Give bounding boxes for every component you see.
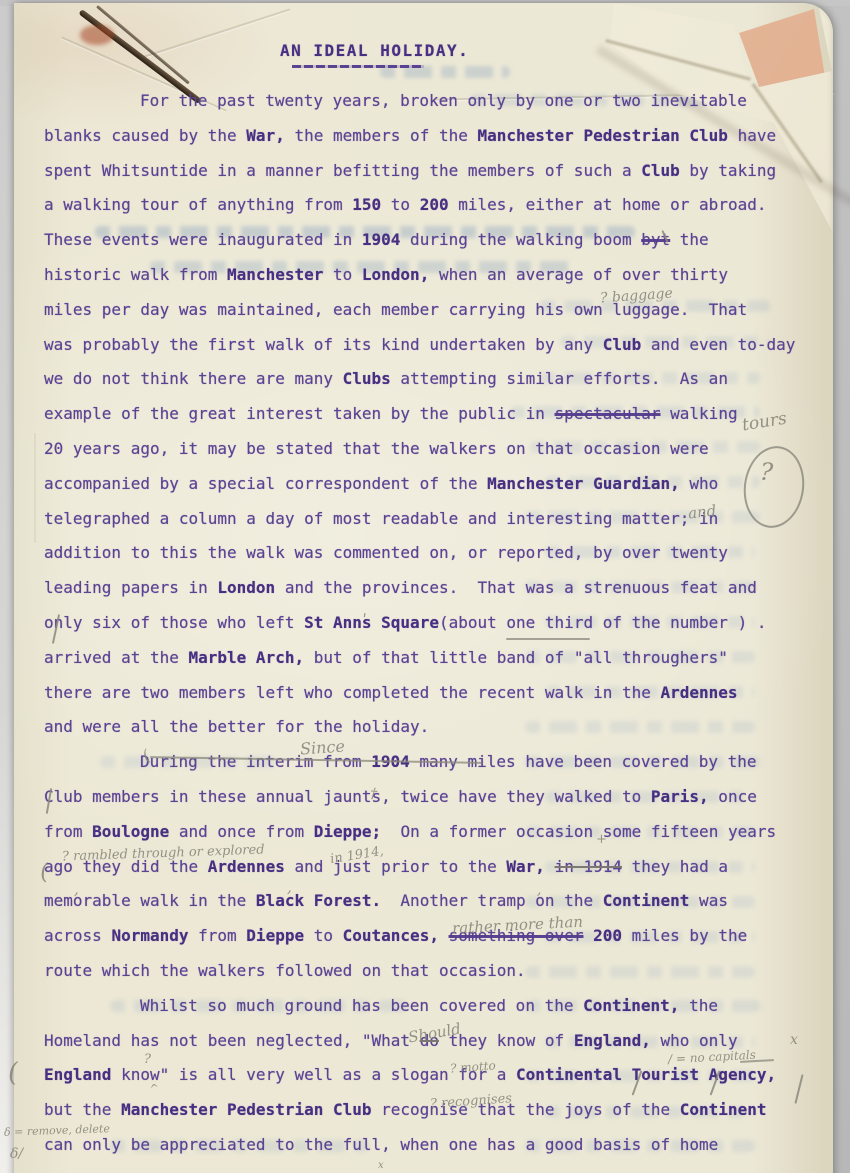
typed-segment: Manchester Pedestrian Club (477, 126, 727, 145)
typed-segment: These events were inaugurated in (44, 230, 362, 249)
typed-line: spent Whitsuntide in a manner befitting … (44, 154, 824, 189)
typed-segment: we do not think there are many (44, 369, 343, 388)
typed-segment: once (709, 787, 757, 806)
typed-line: can only be appreciated to the full, whe… (44, 1128, 824, 1163)
typed-line: from Boulogne and once from Dieppe; On a… (44, 815, 824, 850)
typed-segment: On a former occasion some fifteen years (381, 822, 776, 841)
typed-segment: Manchester Guardian, (487, 474, 680, 493)
typed-segment: during the walking boom (400, 230, 641, 249)
typed-segment: St Anns Square (304, 613, 439, 632)
typed-line: accompanied by a special correspondent o… (44, 467, 824, 502)
typed-segment: from (189, 926, 247, 945)
typed-segment: arrived at the (44, 648, 189, 667)
pencil-note: δ/ (10, 1146, 23, 1162)
typed-line: a walking tour of anything from 150 to 2… (44, 188, 824, 223)
typed-segment: Ardennes (661, 683, 738, 702)
typed-segment: telegraphed a column a day of most reada… (44, 509, 718, 528)
typed-segment: Continental Tourist Agency, (516, 1065, 776, 1084)
typed-segment: historic walk from (44, 265, 227, 284)
typed-segment: but of that little band of "all throughe… (304, 648, 728, 667)
typed-line: across Normandy from Dieppe to Coutances… (44, 919, 824, 954)
pencil-note: ^ (149, 1081, 160, 1095)
typed-segment: (about one third of the number ) . (439, 613, 767, 632)
typed-line: For the past twenty years, broken only b… (44, 84, 824, 119)
typed-segment-struck: in 1914 (555, 857, 622, 876)
typed-segment: spent Whitsuntide in a manner befitting … (44, 161, 641, 180)
typed-line: memorable walk in the Black Forest. Anot… (44, 884, 824, 919)
document-title: AN IDEAL HOLIDAY. (280, 40, 824, 62)
document-scan: AN IDEAL HOLIDAY. For the past twenty ye… (0, 0, 850, 1173)
typed-line: These events were inaugurated in 1904 du… (44, 223, 824, 258)
title-underline (292, 65, 424, 68)
paper-sheet: AN IDEAL HOLIDAY. For the past twenty ye… (14, 3, 833, 1173)
typed-segment-struck: spectacular (555, 404, 661, 423)
typed-segment: from (44, 822, 92, 841)
pencil-note: + (596, 832, 607, 847)
typed-line: miles per day was maintained, each membe… (44, 293, 824, 328)
typed-segment (439, 926, 449, 945)
typed-segment: Ardennes (208, 857, 285, 876)
typed-line: addition to this the walk was commented … (44, 536, 824, 571)
typed-line: historic walk from Manchester to London,… (44, 258, 824, 293)
typed-segment: blanks caused by the (44, 126, 246, 145)
typed-segment: 200 (420, 195, 449, 214)
typed-segment: Manchester (227, 265, 323, 284)
typed-segment: and once from (169, 822, 314, 841)
typed-segment: 20 years ago, it may be stated that the … (44, 439, 709, 458)
typed-segment (545, 857, 555, 876)
typed-line: route which the walkers followed on that… (44, 954, 824, 989)
crease-line (34, 433, 36, 543)
typed-segment: miles, either at home or abroad. (449, 195, 767, 214)
typed-segment: but the (44, 1100, 121, 1119)
typed-segment: War, (506, 857, 545, 876)
typed-segment: Manchester Pedestrian Club (121, 1100, 371, 1119)
typed-segment: Club (603, 335, 642, 354)
typed-segment: Boulogne (92, 822, 169, 841)
typed-segment: example of the great interest taken by t… (44, 404, 555, 423)
typed-segment: the (670, 230, 709, 249)
typed-segment: recognise that the joys of the (372, 1100, 680, 1119)
pencil-note: x (790, 1032, 798, 1048)
typed-segment: by taking (680, 161, 776, 180)
pencil-note: ? (144, 1052, 151, 1067)
typed-segment: Normandy (111, 926, 188, 945)
typed-line: was probably the first walk of its kind … (44, 328, 824, 363)
pencil-note: x (378, 1160, 384, 1171)
typed-segment: 1904 (362, 230, 401, 249)
pencil-note: ( (39, 860, 50, 886)
typed-segment: Marble Arch, (189, 648, 305, 667)
typed-segment: London, (362, 265, 429, 284)
typed-segment: Paris, (651, 787, 709, 806)
typed-segment: can only be appreciated to the full, whe… (44, 1135, 718, 1154)
typed-line: and were all the better for the holiday. (44, 710, 824, 745)
typed-segment: Club members in these annual jaunts, twi… (44, 787, 651, 806)
typed-segment: Dieppe (246, 926, 304, 945)
typed-segment: attempting similar efforts. As an (391, 369, 728, 388)
typed-segment: across (44, 926, 111, 945)
typed-segment: miles by the (622, 926, 747, 945)
typed-segment: Continent, (583, 996, 679, 1015)
pencil-stroke (506, 638, 590, 640)
typed-segment: the (679, 996, 718, 1015)
typed-segment: England (44, 1065, 111, 1084)
typed-segment: and just prior to the (285, 857, 507, 876)
typed-segment: For the past twenty years, broken only b… (140, 91, 747, 110)
typed-segment: have (728, 126, 776, 145)
typed-segment: 150 (352, 195, 381, 214)
typed-segment: Clubs (343, 369, 391, 388)
typed-segment: and were all the better for the holiday. (44, 717, 429, 736)
typed-segment: only six of those who left (44, 613, 304, 632)
typed-segment: to (304, 926, 343, 945)
typed-segment: who (680, 474, 719, 493)
typed-segment (583, 926, 593, 945)
typed-segment: leading papers in (44, 578, 217, 597)
typed-lines: For the past twenty years, broken only b… (44, 84, 824, 1163)
typed-segment: accompanied by a special correspondent o… (44, 474, 487, 493)
pencil-note: ( (7, 1058, 19, 1088)
typed-segment: and even to-day (641, 335, 795, 354)
pencil-note: † (369, 786, 377, 803)
pencil-note: , (74, 880, 79, 898)
pencil-note: and (687, 502, 717, 523)
typed-line: arrived at the Marble Arch, but of that … (44, 641, 824, 676)
typed-segment: to (381, 195, 420, 214)
typed-segment: Continent (603, 891, 690, 910)
typed-line: Club members in these annual jaunts, twi… (44, 780, 824, 815)
typed-line: we do not think there are many Clubs att… (44, 362, 824, 397)
typed-segment: Black Forest. (256, 891, 381, 910)
typed-line: Whilst so much ground has been covered o… (44, 989, 824, 1024)
typed-segment: Club (641, 161, 680, 180)
typed-segment: Dieppe; (314, 822, 381, 841)
typed-segment: Whilst so much ground has been covered o… (140, 996, 583, 1015)
typed-segment: London (217, 578, 275, 597)
typed-line: there are two members left who completed… (44, 676, 824, 711)
pencil-note: Since (299, 736, 345, 758)
typed-line: only six of those who left St Anns Squar… (44, 606, 824, 641)
typed-segment: they had a (622, 857, 728, 876)
typed-line: leading papers in London and the provinc… (44, 571, 824, 606)
typed-segment: walking (661, 404, 738, 423)
pencil-note: , (537, 882, 541, 898)
typed-segment: the members of the (285, 126, 478, 145)
typed-line: example of the great interest taken by t… (44, 397, 824, 432)
typed-segment: Homeland has not been neglected, "What (44, 1031, 420, 1050)
typed-segment: a walking tour of anything from (44, 195, 352, 214)
typed-line: 20 years ago, it may be stated that the … (44, 432, 824, 467)
typed-segment: and the provinces. That was a strenuous … (275, 578, 757, 597)
typed-segment: was (689, 891, 728, 910)
scanner-background-right (833, 0, 850, 1173)
typed-segment: was probably the first walk of its kind … (44, 335, 603, 354)
typed-segment: addition to this the walk was commented … (44, 543, 728, 562)
pencil-note: , (287, 878, 292, 896)
typed-segment: Another tramp on the (381, 891, 603, 910)
typed-segment: who only (651, 1031, 738, 1050)
typed-segment: route which the walkers followed on that… (44, 961, 526, 980)
typed-segment: there are two members left who completed… (44, 683, 661, 702)
typed-segment: England, (574, 1031, 651, 1050)
typewritten-text: AN IDEAL HOLIDAY. For the past twenty ye… (44, 40, 824, 1163)
typed-segment: 200 (593, 926, 622, 945)
typed-segment: to (323, 265, 362, 284)
typed-line: blanks caused by the War, the members of… (44, 119, 824, 154)
typed-segment: when an average of over thirty (429, 265, 728, 284)
typed-segment: War, (246, 126, 285, 145)
typed-segment: Coutances, (343, 926, 439, 945)
typed-segment: Continent (680, 1100, 767, 1119)
